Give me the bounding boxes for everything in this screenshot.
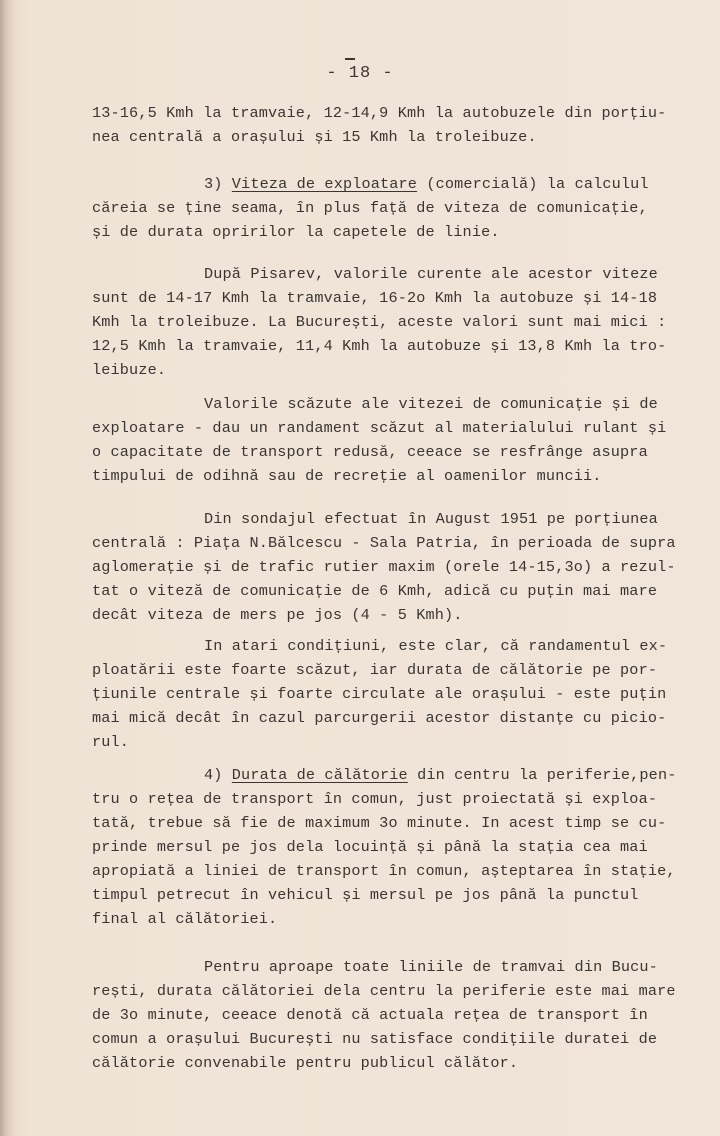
page-number-text: - 18 - [326, 64, 393, 83]
section-heading-rest: (comercială) la calculul [417, 175, 649, 193]
text-line: apropiată a liniei de transport în comun… [92, 859, 720, 883]
text-line: leibuze. [92, 358, 720, 382]
paragraph-conditions: In atari condițiuni, este clar, că randa… [92, 634, 720, 754]
paragraph-durata-calatorie: 4) Durata de călătorie din centru la per… [92, 763, 720, 931]
paragraph-viteza-exploatare: 3) Viteza de exploatare (comercială) la … [92, 172, 720, 244]
text-line: nea centrală a orașului și 15 Kmh la tro… [92, 125, 720, 149]
text-line: călătorie convenabile pentru publicul că… [92, 1051, 720, 1075]
text-line: Pentru aproape toate liniile de tramvai … [92, 955, 720, 979]
text-line: și de durata opririlor la capetele de li… [92, 220, 720, 244]
text-line: rul. [92, 730, 720, 754]
text-line: tat o viteză de comunicație de 6 Kmh, ad… [92, 579, 720, 603]
text-line: o capacitate de transport redusă, ceeace… [92, 440, 720, 464]
text-line: de 3o minute, ceeace denotă că actuala r… [92, 1003, 720, 1027]
section-heading-rest: din centru la periferie,pen- [408, 766, 677, 784]
text-line: aglomerație și de trafic rutier maxim (o… [92, 555, 720, 579]
text-line: căreia se ține seama, în plus față de vi… [92, 196, 720, 220]
text-line: Din sondajul efectuat în August 1951 pe … [92, 507, 720, 531]
paragraph-speeds-intro: 13-16,5 Kmh la tramvaie, 12-14,9 Kmh la … [92, 101, 720, 149]
text-line: timpul petrecut în vehicul și mersul pe … [92, 883, 720, 907]
text-line: prinde mersul pe jos dela locuință și pâ… [92, 835, 720, 859]
text-line: Valorile scăzute ale vitezei de comunica… [92, 392, 720, 416]
text-line: mai mică decât în cazul parcurgerii aces… [92, 706, 720, 730]
text-line: rești, durata călătoriei dela centru la … [92, 979, 720, 1003]
text-line: comun a orașului București nu satisface … [92, 1027, 720, 1051]
text-line: 13-16,5 Kmh la tramvaie, 12-14,9 Kmh la … [92, 101, 720, 125]
text-line: țiunile centrale și foarte circulate ale… [92, 682, 720, 706]
text-line: decât viteza de mers pe jos (4 - 5 Kmh). [92, 603, 720, 627]
text-line: tată, trebue să fie de maximum 3o minute… [92, 811, 720, 835]
paragraph-survey-1951: Din sondajul efectuat în August 1951 pe … [92, 507, 720, 627]
paragraph-pisarev-values: După Pisarev, valorile curente ale acest… [92, 262, 720, 382]
paragraph-bucharest-tram-lines: Pentru aproape toate liniile de tramvai … [92, 955, 720, 1075]
text-line: final al călătoriei. [92, 907, 720, 931]
text-line: centrală : Piața N.Bălcescu - Sala Patri… [92, 531, 720, 555]
page-number: - 18 - [0, 58, 720, 83]
section-heading: 4) Durata de călătorie din centru la per… [92, 763, 720, 787]
section-number: 3) [204, 175, 223, 193]
section-title-underlined: Durata de călătorie [232, 766, 408, 784]
text-line: 12,5 Kmh la tramvaie, 11,4 Kmh la autobu… [92, 334, 720, 358]
page-number-mark [345, 58, 355, 60]
section-title-underlined: Viteza de exploatare [232, 175, 417, 193]
text-line: tru o rețea de transport în comun, just … [92, 787, 720, 811]
text-line: timpului de odihnă sau de recreție al oa… [92, 464, 720, 488]
text-line: exploatare - dau un randament scăzut al … [92, 416, 720, 440]
text-line: sunt de 14-17 Kmh la tramvaie, 16-2o Kmh… [92, 286, 720, 310]
text-line: După Pisarev, valorile curente ale acest… [92, 262, 720, 286]
text-line: ploatării este foarte scăzut, iar durata… [92, 658, 720, 682]
document-page: - 18 - 13-16,5 Kmh la tramvaie, 12-14,9 … [0, 0, 720, 1136]
section-number: 4) [204, 766, 223, 784]
text-line: In atari condițiuni, este clar, că randa… [92, 634, 720, 658]
text-line: Kmh la troleibuze. La București, aceste … [92, 310, 720, 334]
section-heading: 3) Viteza de exploatare (comercială) la … [92, 172, 720, 196]
paragraph-low-values: Valorile scăzute ale vitezei de comunica… [92, 392, 720, 488]
